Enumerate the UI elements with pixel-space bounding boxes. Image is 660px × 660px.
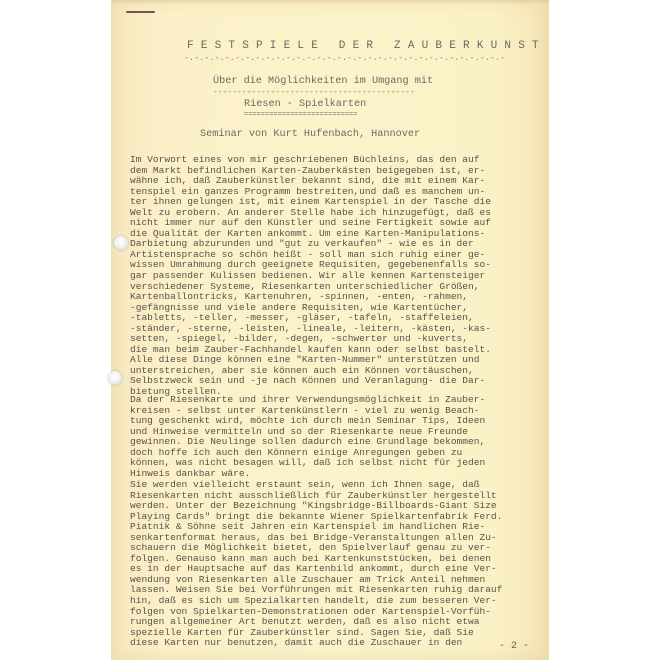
punch-hole-icon [114, 236, 128, 250]
document-title: FESTSPIELE DER ZAUBERKUNST [187, 40, 546, 52]
author-line: Seminar von Kurt Hufenbach, Hannover [200, 129, 420, 140]
text-line: Hinweis dankbar wäre. [130, 469, 530, 480]
text-line: Sie werden vielleicht erstaunt sein, wen… [130, 480, 530, 491]
title-underline: -.-.-.-.-.-.-.-.-.-.-.-.-.-.-.-.-.-.-.-.… [184, 54, 507, 63]
text-line: diese Karten nur benutzen, damit auch di… [130, 638, 530, 649]
paragraph-2: Da der Riesenkarte und ihrer Verwendungs… [130, 395, 530, 479]
text-line: hin, daß es sich um Spezialkarten handel… [130, 596, 530, 607]
paragraph-3: Sie werden vielleicht erstaunt sein, wen… [130, 480, 530, 649]
subtitle-underline: ----------------------------------------… [213, 88, 425, 97]
document-page: FESTSPIELE DER ZAUBERKUNST -.-.-.-.-.-.-… [111, 0, 549, 660]
paragraph-1: Im Vorwort eines von mir geschriebenen B… [130, 155, 530, 398]
text-line: gar passender Kulissen bedienen. Wir all… [130, 271, 530, 282]
document-subtitle-2: Riesen - Spielkarten [244, 99, 366, 110]
text-line: Da der Riesenkarte und ihrer Verwendungs… [130, 395, 530, 406]
punch-hole-icon [108, 371, 122, 385]
document-subtitle: Über die Möglichkeiten im Umgang mit [213, 76, 433, 87]
text-line: Im Vorwort eines von mir geschriebenen B… [130, 155, 530, 166]
corner-pencil-mark [126, 11, 155, 13]
subtitle-2-underline: =========================== [244, 111, 361, 119]
page-number: - 2 - [499, 641, 529, 652]
